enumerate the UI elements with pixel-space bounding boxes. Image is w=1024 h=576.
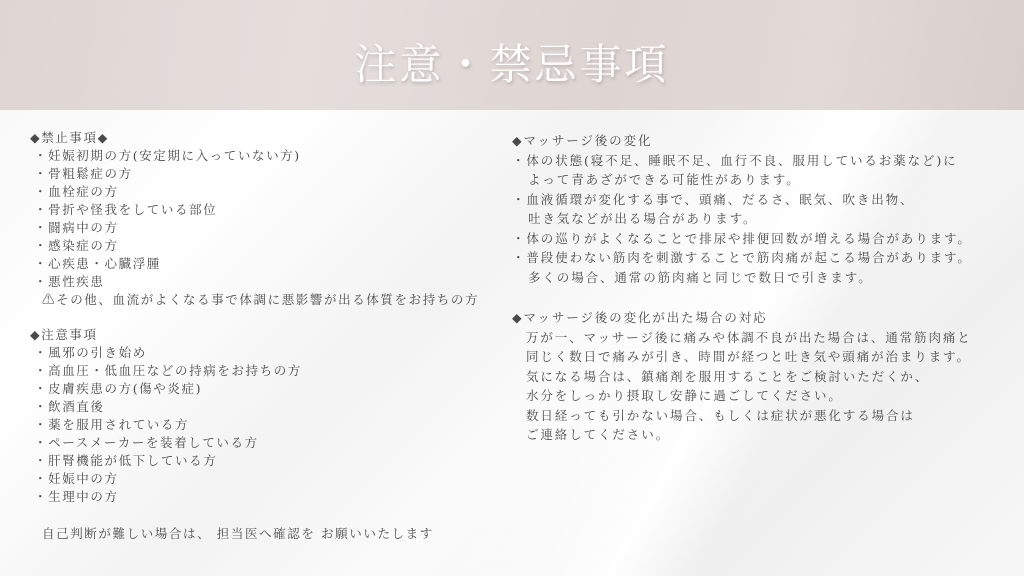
spacer	[512, 287, 1002, 308]
list-item-continuation: 多くの場合、通常の筋肉痛と同じで数日で引きます。	[512, 268, 1002, 288]
header-banner: 注意・禁忌事項	[0, 0, 1024, 110]
caution-section: ◆注意事項 ・風邪の引き始め ・高血圧・低血圧などの持病をお持ちの方 ・皮膚疾患…	[30, 326, 490, 506]
list-item: ・骨粗鬆症の方	[30, 165, 490, 183]
changes-heading: ◆マッサージ後の変化	[512, 131, 1002, 151]
list-item: ・骨折や怪我をしている部位	[30, 201, 490, 219]
list-item: ・体の巡りがよくなることで排尿や排便回数が増える場合があります。	[512, 229, 1002, 249]
warning-note: ⚠その他、血流がよくなる事で体調に悪影響が出る体質をお持ちの方	[30, 291, 490, 309]
paragraph-line: ご連絡してください。	[512, 425, 1002, 445]
list-item-continuation: よって青あざができる可能性があります。	[512, 170, 1002, 190]
changes-section: ◆マッサージ後の変化 ・体の状態(寝不足、睡眠不足、血行不良、服用しているお薬な…	[512, 131, 1002, 287]
list-item: ・普段使わない筋肉を刺激することで筋肉痛が起こる場合があります。	[512, 248, 1002, 268]
response-heading: ◆マッサージ後の変化が出た場合の対応	[512, 308, 1002, 328]
left-column: ◆禁止事項◆ ・妊娠初期の方(安定期に入っていない方) ・骨粗鬆症の方 ・血栓症…	[30, 129, 490, 543]
list-item: ・高血圧・低血圧などの持病をお持ちの方	[30, 362, 490, 380]
response-section: ◆マッサージ後の変化が出た場合の対応 万が一、マッサージ後に痛みや体調不良が出た…	[512, 308, 1002, 445]
list-item: ・皮膚疾患の方(傷や炎症)	[30, 380, 490, 398]
list-item: ・妊娠初期の方(安定期に入っていない方)	[30, 147, 490, 165]
list-item: ・妊娠中の方	[30, 470, 490, 488]
list-item: ・悪性疾患	[30, 273, 490, 291]
list-item: ・闘病中の方	[30, 219, 490, 237]
paragraph-line: 水分をしっかり摂取し安静に過ごしてください。	[512, 386, 1002, 406]
paragraph-line: 同じく数日で痛みが引き、時間が経つと吐き気や頭痛が治まります。	[512, 347, 1002, 367]
list-item: ・飲酒直後	[30, 398, 490, 416]
list-item: ・血液循環が変化する事で、頭痛、だるさ、眠気、吹き出物、	[512, 190, 1002, 210]
prohibited-section: ◆禁止事項◆ ・妊娠初期の方(安定期に入っていない方) ・骨粗鬆症の方 ・血栓症…	[30, 129, 490, 309]
paragraph-line: 万が一、マッサージ後に痛みや体調不良が出た場合は、通常筋肉痛と	[512, 328, 1002, 348]
list-item: ・血栓症の方	[30, 183, 490, 201]
page-title: 注意・禁忌事項	[354, 32, 669, 92]
list-item: ・体の状態(寝不足、睡眠不足、血行不良、服用しているお薬など)に	[512, 151, 1002, 171]
list-item: ・生理中の方	[30, 488, 490, 506]
consult-note: 自己判断が難しい場合は、 担当医へ確認を お願いいたします	[30, 525, 490, 543]
list-item: ・肝腎機能が低下している方	[30, 452, 490, 470]
list-item: ・感染症の方	[30, 237, 490, 255]
paragraph-line: 気になる場合は、鎮痛剤を服用することをご検討いただくか、	[512, 367, 1002, 387]
right-column: ◆マッサージ後の変化 ・体の状態(寝不足、睡眠不足、血行不良、服用しているお薬な…	[512, 131, 1002, 445]
prohibited-heading: ◆禁止事項◆	[30, 129, 490, 147]
paragraph-line: 数日経っても引かない場合、もしくは症状が悪化する場合は	[512, 406, 1002, 426]
list-item: ・薬を服用されている方	[30, 416, 490, 434]
list-item-continuation: 吐き気などが出る場合があります。	[512, 209, 1002, 229]
list-item: ・ペースメーカーを装着している方	[30, 434, 490, 452]
spacer	[30, 309, 490, 326]
list-item: ・心疾患・心臓浮腫	[30, 255, 490, 273]
caution-heading: ◆注意事項	[30, 326, 490, 344]
list-item: ・風邪の引き始め	[30, 344, 490, 362]
